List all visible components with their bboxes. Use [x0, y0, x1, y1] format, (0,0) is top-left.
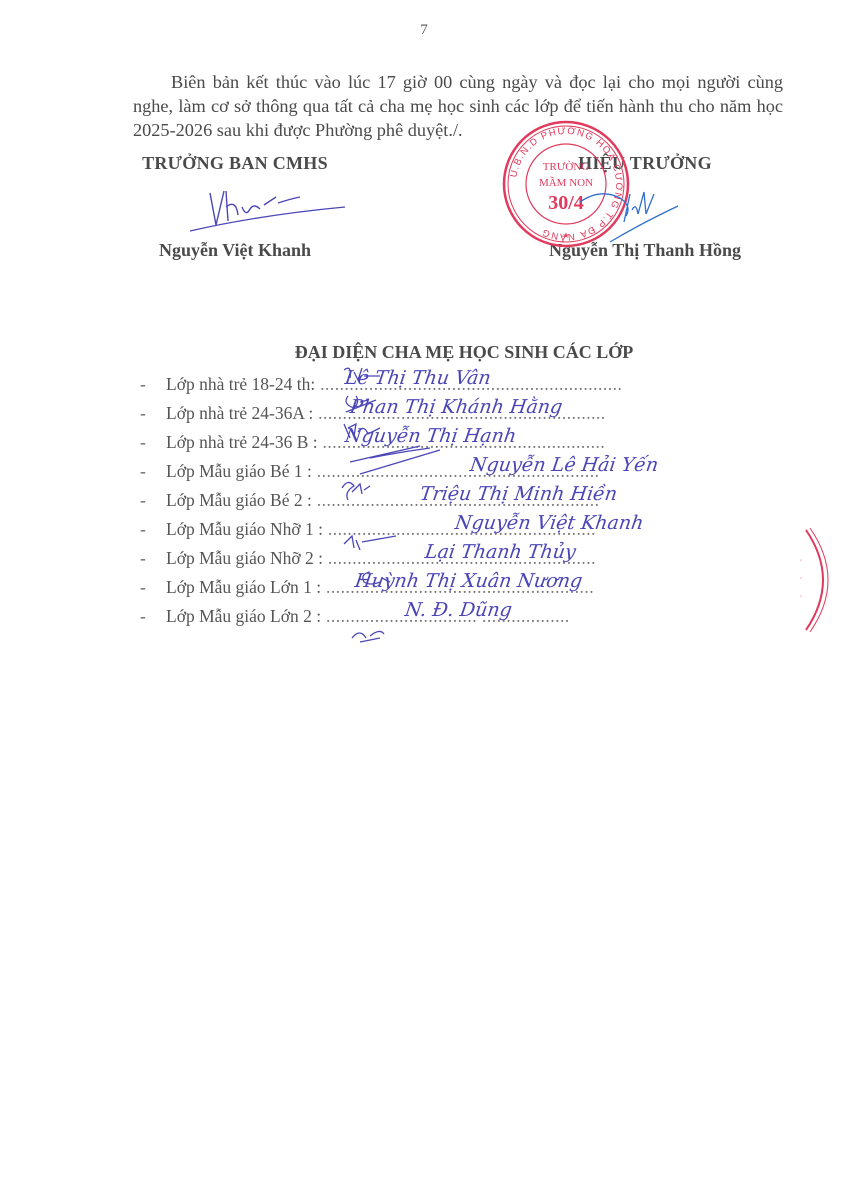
handwritten-name: Nguyễn Việt Khanh: [453, 509, 645, 538]
handwritten-name: Phan Thị Khánh Hằng: [348, 393, 564, 422]
bullet-dash: -: [140, 544, 166, 573]
class-label: Lớp Mẫu giáo Bé 1 :: [166, 461, 312, 481]
svg-text:◦: ◦: [800, 576, 802, 582]
class-label: Lớp Mẫu giáo Lớn 2 :: [166, 606, 321, 626]
svg-text:◦: ◦: [800, 594, 802, 600]
stamp-line-3: 30/4: [548, 192, 584, 214]
handwritten-name: Triệu Thị Minh Hiền: [418, 480, 619, 509]
official-stamp-icon: U.B.N.D PHƯỜNG HÒA CƯỜNG T.P ĐÀ NẴNG TRƯ…: [500, 118, 632, 250]
stamp-line-2: MẦM NON: [539, 176, 593, 189]
bullet-dash: -: [140, 573, 166, 602]
handwritten-name: Huỳnh Thị Xuân Nương: [353, 567, 584, 596]
partial-stamp-icon: ◦ ◦ ◦: [790, 520, 848, 640]
class-label: Lớp Mẫu giáo Nhỡ 1 :: [166, 519, 323, 539]
bullet-dash: -: [140, 428, 166, 457]
class-label: Lớp Mẫu giáo Bé 2 :: [166, 490, 312, 510]
bullet-dash: -: [140, 602, 166, 631]
bullet-dash: -: [140, 457, 166, 486]
handwritten-name: N. Đ. Dũng: [403, 596, 514, 625]
list-item: -Lớp Mẫu giáo Lớn 2 : ..................…: [140, 602, 760, 631]
handwritten-name: Lại Thanh Thủy: [423, 538, 578, 567]
page-number: 7: [0, 22, 848, 39]
bullet-dash: -: [140, 399, 166, 428]
svg-text:★: ★: [562, 231, 569, 240]
svg-text:◦: ◦: [800, 558, 802, 564]
list-item: -Lớp nhà trẻ 24-36 B : .................…: [140, 428, 760, 457]
closing-paragraph: Biên bản kết thúc vào lúc 17 giờ 00 cùng…: [133, 70, 783, 142]
stamp-line-1: TRƯỜNG: [543, 161, 589, 173]
representatives-title: ĐẠI DIỆN CHA MẸ HỌC SINH CÁC LỚP: [0, 342, 848, 363]
class-label: Lớp nhà trẻ 24-36 B :: [166, 432, 318, 452]
handwritten-name: Nguyễn Lê Hải Yến: [468, 451, 660, 480]
handwritten-name: Lê Thị Thu Vân: [343, 364, 493, 393]
signature-title: TRƯỞNG BAN CMHS: [110, 153, 360, 174]
list-item: -Lớp Mẫu giáo Bé 2 : ...................…: [140, 486, 760, 515]
class-label: Lớp nhà trẻ 24-36A :: [166, 403, 313, 423]
bullet-dash: -: [140, 486, 166, 515]
closing-paragraph-text: Biên bản kết thúc vào lúc 17 giờ 00 cùng…: [133, 72, 783, 140]
signatory-name: Nguyễn Việt Khanh: [110, 240, 360, 261]
handwritten-name: Nguyễn Thị Hạnh: [343, 422, 518, 451]
signature-block-parent-committee-head: TRƯỞNG BAN CMHS Nguyễn Việt Khanh: [110, 153, 360, 261]
bullet-dash: -: [140, 515, 166, 544]
class-label: Lớp nhà trẻ 18-24 th:: [166, 374, 315, 394]
bullet-dash: -: [140, 370, 166, 399]
class-label: Lớp Mẫu giáo Nhỡ 2 :: [166, 548, 323, 568]
class-label: Lớp Mẫu giáo Lớn 1 :: [166, 577, 321, 597]
representatives-list: -Lớp nhà trẻ 18-24 th: .................…: [140, 370, 760, 631]
